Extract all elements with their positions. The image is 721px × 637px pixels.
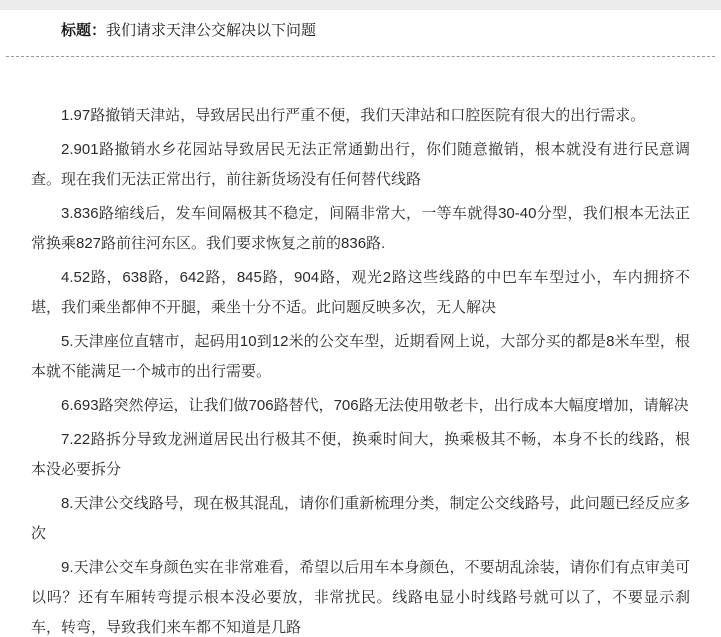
- issue-paragraph-1: 1.97路撤销天津站，导致居民出行严重不便，我们天津站和口腔医院有很大的出行需求…: [31, 101, 690, 131]
- page-title: 标题：我们请求天津公交解决以下问题: [31, 16, 690, 46]
- issue-paragraph-9: 9.天津公交车身颜色实在非常难看，希望以后用车本身颜色，不要胡乱涂装，请你们有点…: [31, 553, 690, 637]
- dashed-divider: [6, 56, 715, 57]
- issue-paragraph-6: 6.693路突然停运，让我们做706路替代，706路无法使用敬老卡，出行成本大幅…: [31, 391, 690, 421]
- issue-paragraph-8: 8.天津公交线路号，现在极其混乱，请你们重新梳理分类，制定公交线路号，此问题已经…: [31, 489, 690, 549]
- issue-paragraph-7: 7.22路拆分导致龙洲道居民出行极其不便，换乘时间大，换乘极其不畅，本身不长的线…: [31, 425, 690, 485]
- top-bar: [0, 0, 721, 10]
- title-text: 我们请求天津公交解决以下问题: [106, 22, 316, 39]
- issue-paragraph-5: 5.天津座位直辖市，起码用10到12米的公交车型，近期看网上说，大部分买的都是8…: [31, 327, 690, 387]
- issue-paragraph-3: 3.836路缩线后，发车间隔极其不稳定，间隔非常大，一等车就得30-40分型，我…: [31, 199, 690, 259]
- petition-body: 1.97路撤销天津站，导致居民出行严重不便，我们天津站和口腔医院有很大的出行需求…: [0, 101, 721, 637]
- issue-paragraph-4: 4.52路，638路，642路，845路，904路，观光2路这些线路的中巴车车型…: [31, 263, 690, 323]
- issue-paragraph-2: 2.901路撤销水乡花园站导致居民无法正常通勤出行，你们随意撤销，根本就没有进行…: [31, 135, 690, 195]
- title-label: 标题：: [61, 22, 106, 39]
